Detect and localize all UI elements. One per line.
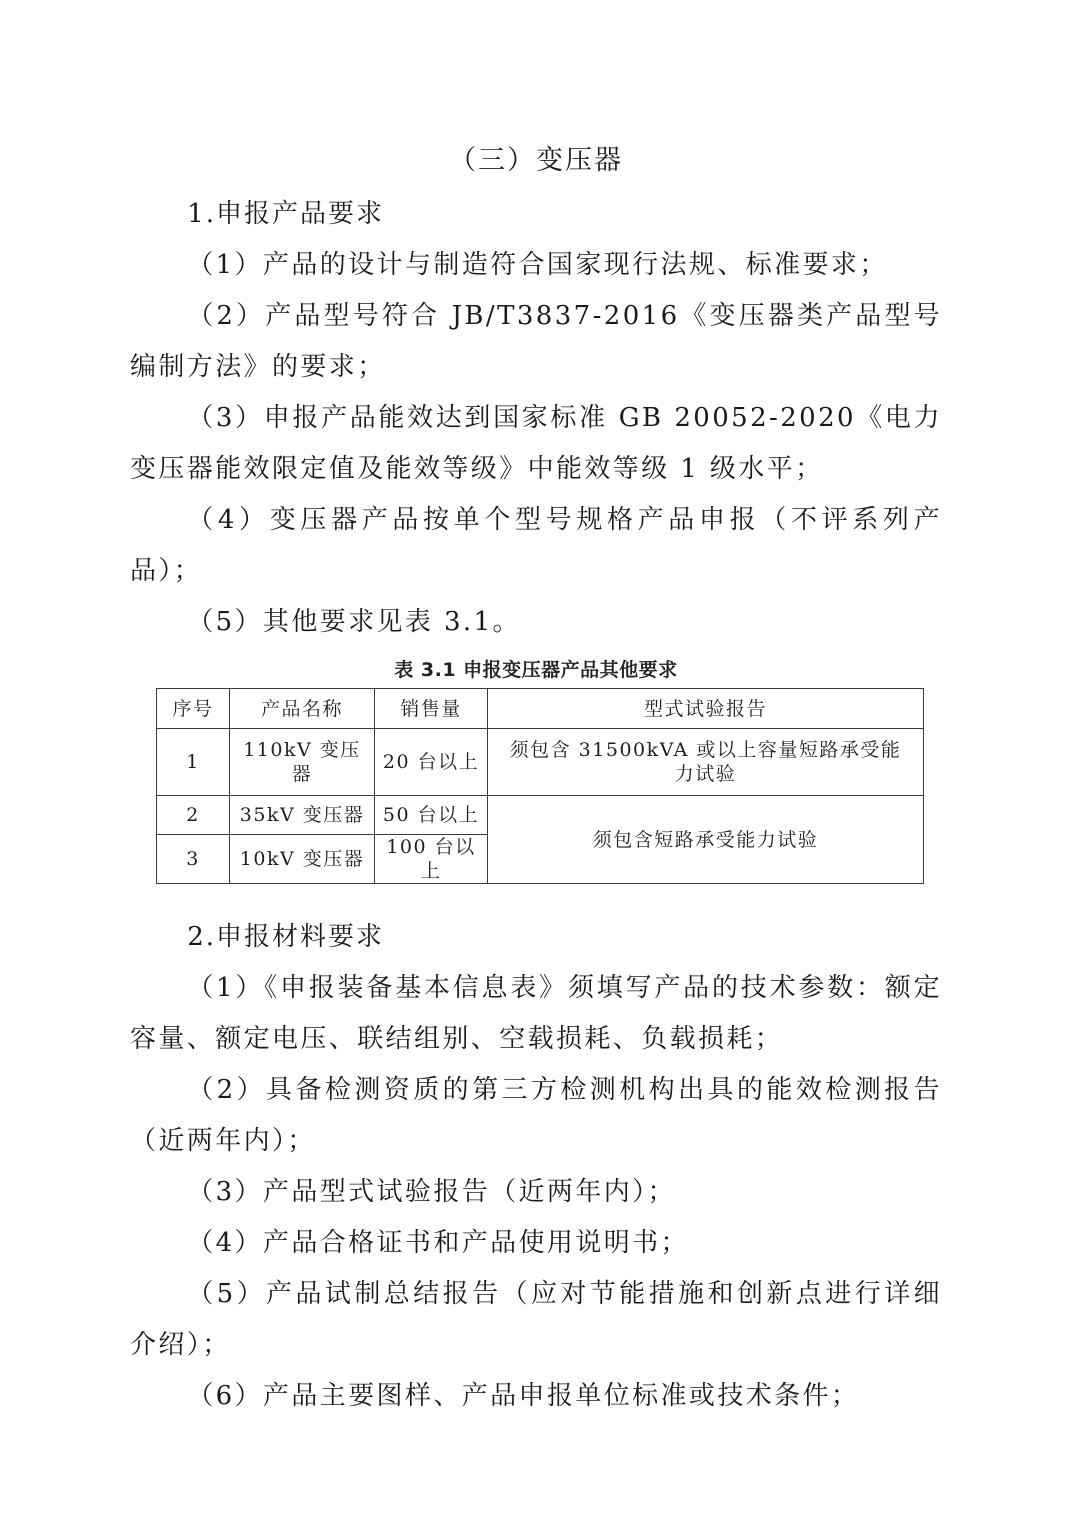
material-item: （2）具备检测资质的第三方检测机构出具的能效检测报告（近两年内）； bbox=[130, 1065, 942, 1167]
cell-type-test-report: 须包含 31500kVA 或以上容量短路承受能力试验 bbox=[488, 729, 924, 796]
table-row: 2 35kV 变压器 50 台以上 须包含短路承受能力试验 bbox=[157, 796, 924, 835]
material-item: （5）产品试制总结报告（应对节能措施和创新点进行详细介绍）； bbox=[130, 1269, 942, 1371]
section-heading-material-requirements: 2.申报材料要求 bbox=[130, 912, 942, 963]
header-serial-number: 序号 bbox=[157, 689, 230, 729]
document-title: （三）变压器 bbox=[130, 138, 942, 189]
spacer bbox=[130, 884, 942, 912]
requirement-item: （4）变压器产品按单个型号规格产品申报（不评系列产品）； bbox=[130, 495, 942, 597]
cell-product-name: 10kV 变压器 bbox=[230, 835, 375, 884]
cell-sales-volume: 20 台以上 bbox=[375, 729, 488, 796]
material-item: （1）《申报装备基本信息表》须填写产品的技术参数：额定容量、额定电压、联结组别、… bbox=[130, 963, 942, 1065]
table-caption: 表 3.1 申报变压器产品其他要求 bbox=[130, 658, 942, 682]
header-type-test-report: 型式试验报告 bbox=[488, 689, 924, 729]
header-product-name: 产品名称 bbox=[230, 689, 375, 729]
requirement-item: （1）产品的设计与制造符合国家现行法规、标准要求； bbox=[130, 240, 942, 291]
cell-type-test-report-merged: 须包含短路承受能力试验 bbox=[488, 796, 924, 884]
table-header-row: 序号 产品名称 销售量 型式试验报告 bbox=[157, 689, 924, 729]
material-item: （4）产品合格证书和产品使用说明书； bbox=[130, 1218, 942, 1269]
cell-product-name: 110kV 变压器 bbox=[230, 729, 375, 796]
cell-serial-number: 3 bbox=[157, 835, 230, 884]
cell-sales-volume: 100 台以上 bbox=[375, 835, 488, 884]
cell-product-name: 35kV 变压器 bbox=[230, 796, 375, 835]
section-heading-product-requirements: 1.申报产品要求 bbox=[130, 189, 942, 240]
document-page: （三）变压器 1.申报产品要求 （1）产品的设计与制造符合国家现行法规、标准要求… bbox=[130, 138, 942, 1422]
requirement-item: （3）申报产品能效达到国家标准 GB 20052-2020《电力变压器能效限定值… bbox=[130, 393, 942, 495]
requirements-table: 序号 产品名称 销售量 型式试验报告 1 110kV 变压器 20 台以上 须包… bbox=[156, 688, 924, 884]
requirement-item: （2）产品型号符合 JB/T3837-2016《变压器类产品型号编制方法》的要求… bbox=[130, 291, 942, 393]
material-item: （6）产品主要图样、产品申报单位标准或技术条件； bbox=[130, 1371, 942, 1422]
cell-sales-volume: 50 台以上 bbox=[375, 796, 488, 835]
table-row: 1 110kV 变压器 20 台以上 须包含 31500kVA 或以上容量短路承… bbox=[157, 729, 924, 796]
header-sales-volume: 销售量 bbox=[375, 689, 488, 729]
material-item: （3）产品型式试验报告（近两年内）； bbox=[130, 1167, 942, 1218]
cell-serial-number: 2 bbox=[157, 796, 230, 835]
requirement-item: （5）其他要求见表 3.1。 bbox=[130, 597, 942, 648]
cell-serial-number: 1 bbox=[157, 729, 230, 796]
